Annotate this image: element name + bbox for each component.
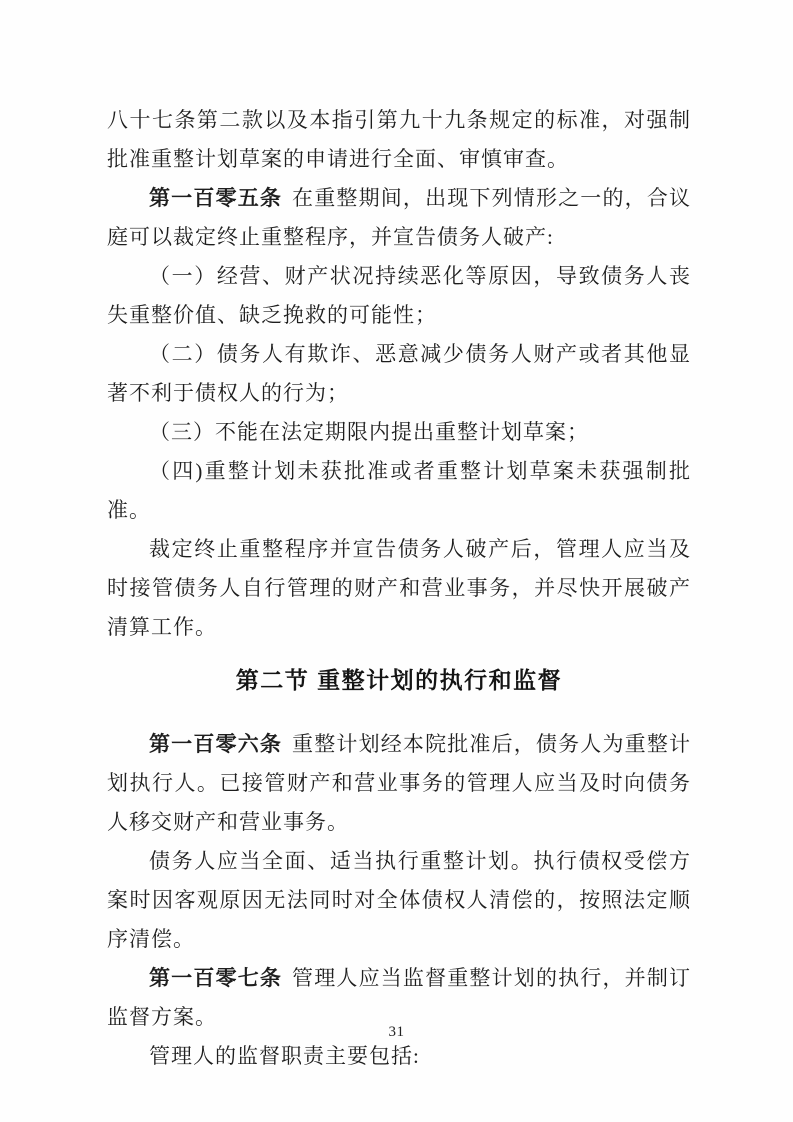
section-heading: 第二节 重整计划的执行和监督 [107, 665, 691, 695]
paragraph: （四)重整计划未获批准或者重整计划草案未获强制批准。 [107, 452, 691, 530]
paragraph-text: 管理人的监督职责主要包括: [149, 1044, 420, 1068]
paragraph-text: （二）债务人有欺诈、恶意减少债务人财产或者其他显著不利于债权人的行为； [107, 342, 691, 405]
paragraph-text: 八十七条第二款以及本指引第九十九条规定的标准，对强制批准重整计划草案的申请进行全… [107, 108, 691, 171]
article-number: 第一百零六条 [149, 733, 292, 756]
paragraph: 第一百零六条重整计划经本院批准后，债务人为重整计划执行人。已接管财产和营业事务的… [107, 725, 691, 842]
page-number: 31 [0, 1024, 793, 1041]
article-number: 第一百零七条 [149, 967, 292, 990]
paragraph: （三）不能在法定期限内提出重整计划草案； [107, 413, 691, 452]
paragraph: （二）债务人有欺诈、恶意减少债务人财产或者其他显著不利于债权人的行为； [107, 335, 691, 413]
article-number: 第一百零五条 [149, 187, 292, 210]
paragraph-text: 裁定终止重整程序并宣告债务人破产后，管理人应当及时接管债务人自行管理的财产和营业… [107, 537, 691, 639]
paragraph-text: 债务人应当全面、适当执行重整计划。执行债权受偿方案时因客观原因无法同时对全体债权… [107, 849, 691, 951]
paragraph: 第一百零五条在重整期间，出现下列情形之一的，合议庭可以裁定终止重整程序，并宣告债… [107, 179, 691, 257]
paragraph: 裁定终止重整程序并宣告债务人破产后，管理人应当及时接管债务人自行管理的财产和营业… [107, 530, 691, 647]
paragraph-text: （四)重整计划未获批准或者重整计划草案未获强制批准。 [107, 459, 691, 522]
paragraph-text: （三）不能在法定期限内提出重整计划草案； [149, 420, 589, 444]
paragraph: （一）经营、财产状况持续恶化等原因，导致债务人丧失重整价值、缺乏挽救的可能性； [107, 257, 691, 335]
paragraph-text: （一）经营、财产状况持续恶化等原因，导致债务人丧失重整价值、缺乏挽救的可能性； [107, 264, 691, 327]
paragraph: 管理人的监督职责主要包括: [107, 1037, 691, 1076]
paragraph: 八十七条第二款以及本指引第九十九条规定的标准，对强制批准重整计划草案的申请进行全… [107, 101, 691, 179]
paragraph: 债务人应当全面、适当执行重整计划。执行债权受偿方案时因客观原因无法同时对全体债权… [107, 842, 691, 959]
document-page: 八十七条第二款以及本指引第九十九条规定的标准，对强制批准重整计划草案的申请进行全… [0, 0, 793, 1122]
document-body: 八十七条第二款以及本指引第九十九条规定的标准，对强制批准重整计划草案的申请进行全… [107, 101, 691, 1076]
